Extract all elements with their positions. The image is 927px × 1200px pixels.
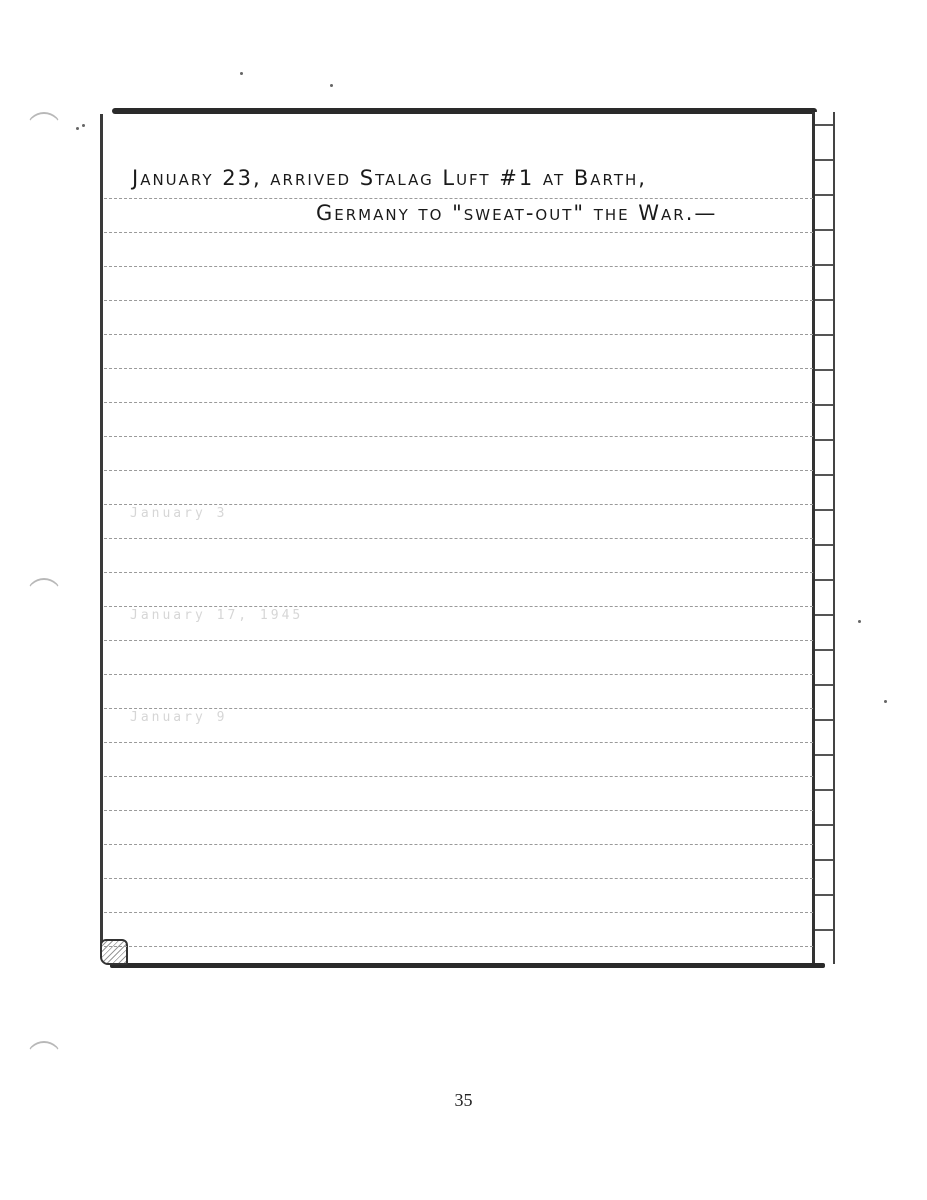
scan-speck [884, 700, 887, 703]
ruled-line [104, 232, 813, 233]
ruled-line [104, 606, 813, 607]
notebook-corner-binding [100, 939, 128, 965]
bleed-through-text: January 17, 1945 [130, 608, 303, 623]
punch-hole-mark-bottom [26, 1041, 62, 1077]
ruled-line [104, 436, 813, 437]
notebook-page-frame: January 23, arrived Stalag Luft #1 at Ba… [100, 108, 835, 968]
handwritten-line-2: Germany to "sweat-out" the War.— [316, 201, 717, 225]
ruled-line [104, 368, 813, 369]
ruled-line [104, 912, 813, 913]
ruled-line [104, 198, 813, 199]
ruled-line [104, 504, 813, 505]
page-number: 35 [0, 1090, 927, 1111]
ruled-line [104, 538, 813, 539]
ruled-line [104, 640, 813, 641]
ruled-line [104, 402, 813, 403]
ruled-line [104, 300, 813, 301]
scan-speck [76, 127, 79, 130]
ruled-line [104, 810, 813, 811]
notebook-bottom-edge [110, 963, 825, 968]
bleed-through-text: January 9 [130, 710, 227, 725]
ruled-line [104, 844, 813, 845]
notebook-left-edge [100, 114, 103, 946]
notebook-right-margin-strip [812, 112, 835, 964]
ruled-line [104, 742, 813, 743]
notebook-top-edge [112, 108, 817, 114]
ruled-line [104, 266, 813, 267]
ruled-line [104, 776, 813, 777]
ruled-line [104, 878, 813, 879]
ruled-line [104, 470, 813, 471]
ruled-line [104, 572, 813, 573]
scan-speck [240, 72, 243, 75]
scan-speck [858, 620, 861, 623]
ruled-line [104, 946, 813, 947]
punch-hole-mark-middle [26, 578, 62, 614]
bleed-through-text: January 3 [130, 506, 227, 521]
ruled-line [104, 334, 813, 335]
ruled-line [104, 708, 813, 709]
punch-hole-mark-top [26, 112, 62, 148]
scan-speck [82, 124, 85, 127]
handwritten-line-1: January 23, arrived Stalag Luft #1 at Ba… [132, 166, 647, 190]
ruled-line [104, 674, 813, 675]
scan-speck [330, 84, 333, 87]
